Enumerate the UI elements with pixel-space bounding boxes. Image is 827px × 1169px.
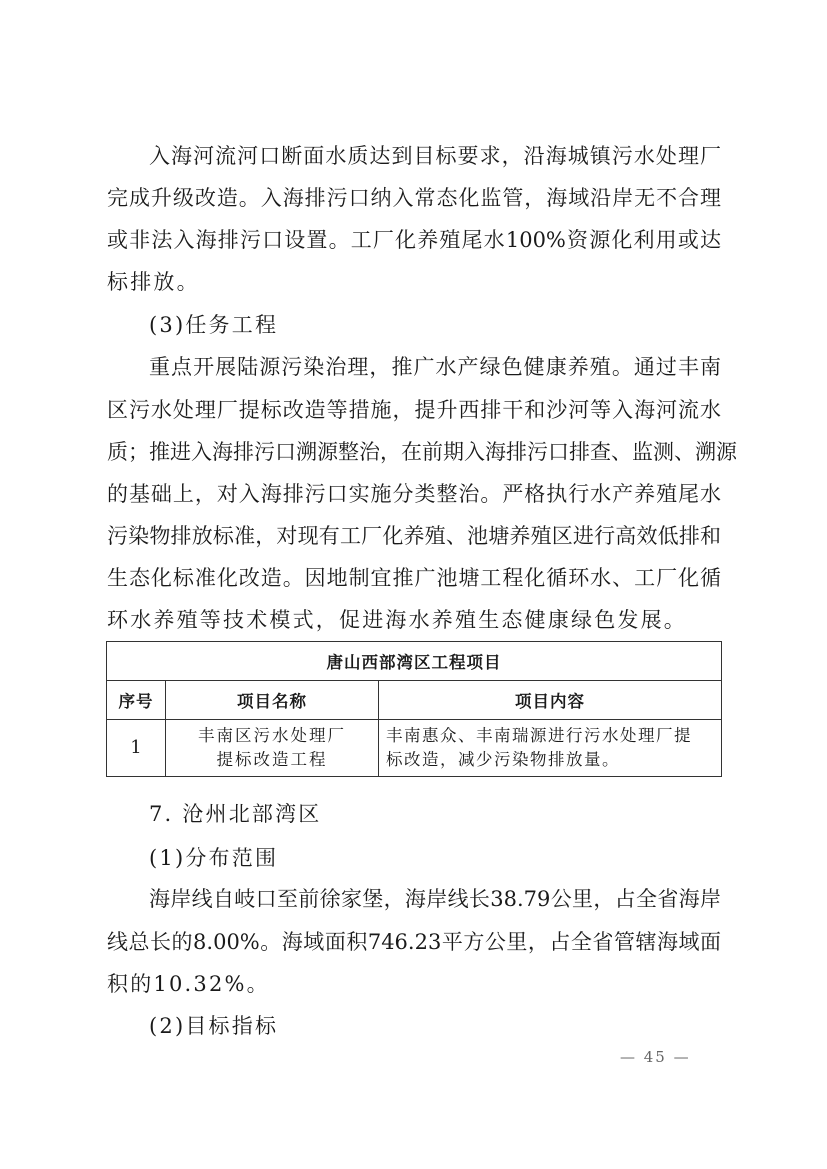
paragraph-line: 环水养殖等技术模式，促进海水养殖生态健康绿色发展。 (107, 605, 721, 635)
paragraph-line: 重点开展陆源污染治理，推广水产绿色健康养殖。通过丰南 (149, 352, 721, 382)
cell-line: 丰南惠众、丰南瑞源进行污水处理厂提 (386, 724, 717, 748)
paragraph-line: 区污水处理厂提标改造等措施，提升西排干和沙河等入海河流水 (107, 395, 721, 425)
cell-index: 1 (107, 720, 166, 777)
cell-line: 提标改造工程 (166, 748, 378, 772)
paragraph-line: 入海河流河口断面水质达到目标要求，沿海城镇污水处理厂 (149, 141, 721, 171)
paragraph-line: 的基础上，对入海排污口实施分类整治。严格执行水产养殖尾水 (107, 479, 721, 509)
paragraph-line: 完成升级改造。入海排污口纳入常态化监管，海域沿岸无不合理 (107, 183, 721, 213)
section-title: 7. 沧州北部湾区 (149, 799, 763, 829)
section-heading: (2)目标指标 (149, 1011, 763, 1041)
paragraph-line: 海岸线自岐口至前徐家堡，海岸线长38.79公里，占全省海岸 (149, 884, 721, 914)
paragraph-line: 或非法入海排污口设置。工厂化养殖尾水100%资源化利用或达 (107, 225, 721, 255)
header-index: 序号 (107, 681, 166, 720)
paragraph-line: 积的10.32%。 (107, 969, 721, 999)
paragraph-line: 污染物排放标准，对现有工厂化养殖、池塘养殖区进行高效低排和 (107, 521, 721, 551)
cell-line: 丰南区污水处理厂 (166, 724, 378, 748)
paragraph-line: 标排放。 (107, 267, 721, 297)
table-caption: 唐山西部湾区工程项目 (107, 642, 722, 681)
table-row: 1 丰南区污水处理厂 提标改造工程 丰南惠众、丰南瑞源进行污水处理厂提 标改造，… (107, 720, 722, 777)
paragraph-line: 质；推进入海排污口溯源整治，在前期入海排污口排查、监测、溯源 (107, 437, 721, 467)
paragraph-line: 生态化标准化改造。因地制宜推广池塘工程化循环水、工厂化循 (107, 563, 721, 593)
section-heading: (3)任务工程 (149, 310, 763, 340)
cell-project-name: 丰南区污水处理厂 提标改造工程 (166, 720, 379, 777)
section-heading: (1)分布范围 (149, 843, 763, 873)
header-project-content: 项目内容 (379, 681, 722, 720)
cell-line: 标改造，减少污染物排放量。 (386, 748, 717, 772)
table-header-row: 序号 项目名称 项目内容 (107, 681, 722, 720)
header-project-name: 项目名称 (166, 681, 379, 720)
cell-project-content: 丰南惠众、丰南瑞源进行污水处理厂提 标改造，减少污染物排放量。 (379, 720, 722, 777)
paragraph-line: 线总长的8.00%。海域面积746.23平方公里，占全省管辖海域面 (107, 927, 721, 957)
project-table: 唐山西部湾区工程项目 序号 项目名称 项目内容 1 丰南区污水处理厂 提标改造工… (106, 641, 722, 777)
page-number: — 45 — (620, 1048, 691, 1066)
